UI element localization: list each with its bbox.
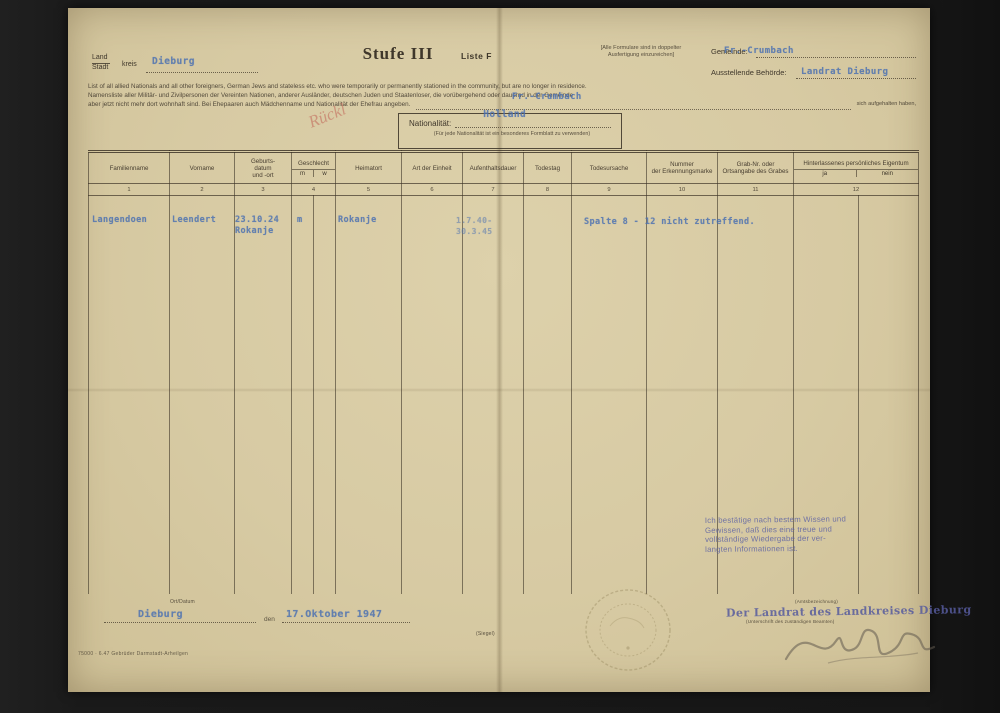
land-label: Land — [92, 54, 110, 64]
nationality-typed-value: Holland — [483, 109, 526, 120]
bracket-instruction: [Alle Formulare sind in doppelter Ausfer… — [576, 45, 706, 58]
intro-line-english: List of all allied Nationals and all oth… — [88, 82, 916, 91]
col-header-eigentum: Hinterlassenes persönliches Eigentum ja … — [794, 152, 919, 184]
land-stadt-fraction: Land Stadt — [92, 54, 110, 72]
bracket-line2: Ausfertigung einzureichen] — [576, 52, 706, 59]
entry-familienname: Langendoen — [92, 215, 147, 225]
sub-header-m: m — [292, 170, 313, 177]
liste-label: Liste F — [461, 51, 492, 61]
col-header-aufenthaltsdauer: Aufenthaltsdauer — [463, 152, 524, 184]
intro-paragraph: List of all allied Nationals and all oth… — [88, 82, 916, 110]
kreis-blank-line — [146, 72, 258, 73]
column-number-row: 1 2 3 4 5 6 7 8 9 10 11 12 — [89, 184, 919, 196]
entry-geschlecht: m — [297, 215, 303, 225]
date-typed-value: 17.Oktober 1947 — [286, 609, 382, 620]
printer-imprint: 75000 · 6.47 Gebrüder Darmstadt-Arheilge… — [78, 651, 188, 657]
gemeinde-inline-blank: Fr.-Crumbach — [416, 101, 850, 110]
cert-line4: langten Informationen ist. — [705, 543, 885, 554]
form-title: Stufe III — [338, 44, 458, 64]
kreis-typed-value: Dieburg — [152, 56, 195, 67]
entry-aufenthaltsdauer: 1.7.40- 30.3.45 — [456, 215, 493, 237]
col-header-einheit: Art der Einheit — [402, 152, 463, 184]
col-header-geschlecht: Geschlecht m w — [292, 152, 336, 184]
entry-spalten-note: Spalte 8 - 12 nicht zutreffend. — [584, 217, 755, 227]
entry-heimatort: Rokanje — [338, 215, 377, 225]
embossed-seal — [580, 584, 676, 676]
document-page: Land Stadt kreis Dieburg Stufe III Liste… — [68, 8, 930, 692]
nationality-label: Nationalität: — [409, 119, 451, 128]
entry-geburtsdatum-ort: 23.10.24 Rokanje — [235, 215, 279, 237]
sub-header-w: w — [313, 170, 335, 177]
gemeinde-typed-value: Fr.-Crumbach — [724, 46, 794, 56]
sub-header-nein: nein — [856, 170, 919, 177]
certification-stamp-text: Ich bestätige nach bestem Wissen und Gew… — [705, 514, 885, 554]
col-header-erkennungsmarke: Nummer der Erkennungsmarke — [647, 152, 718, 184]
gemeinde-blank-line — [756, 57, 916, 58]
siegel-caption: (Siegel) — [476, 631, 495, 637]
intro-line-german2: aber jetzt nicht mehr dort wohnhaft sind… — [88, 100, 410, 109]
den-label: den — [264, 616, 275, 623]
kreis-label: kreis — [122, 61, 137, 68]
intro-line-suffix: sich aufgehalten haben, — [857, 100, 916, 109]
behoerde-typed-value: Landrat Dieburg — [801, 67, 888, 77]
col-header-geburt: Geburts- datum und -ort — [235, 152, 292, 184]
behoerde-blank-line — [796, 78, 916, 79]
entry-vorname: Leendert — [172, 215, 216, 225]
amtsbezeichnung-caption: (Amtsbezeichnung) — [795, 599, 838, 604]
col-header-vorname: Vorname — [170, 152, 235, 184]
nationality-blank-line: Holland — [455, 118, 611, 128]
col-header-grab: Grab-Nr. oder Ortsangabe des Grabes — [718, 152, 794, 184]
ort-typed-value: Dieburg — [138, 609, 183, 620]
intro-line-german: Namensliste aller Militär- und Zivilpers… — [88, 91, 916, 100]
col-header-todestag: Todestag — [524, 152, 572, 184]
handwritten-signature — [768, 611, 948, 673]
ort-datum-caption: Ort/Datum — [170, 599, 195, 605]
date-blank-line — [282, 622, 410, 623]
ort-blank-line — [104, 622, 256, 623]
gemeinde-inline-typed: Fr.-Crumbach — [512, 93, 582, 102]
col-header-todesursache: Todesursache — [572, 152, 647, 184]
behoerde-label: Ausstellende Behörde: — [711, 68, 786, 77]
col-header-familienname: Familienname — [89, 152, 170, 184]
sub-header-ja: ja — [794, 170, 856, 177]
stadt-label: Stadt — [92, 64, 110, 72]
col-header-heimatort: Heimatort — [336, 152, 402, 184]
nationality-note: (Für jede Nationalität ist ein besondere… — [409, 131, 615, 137]
nationality-box: Nationalität: Holland (Für jede National… — [398, 113, 622, 149]
